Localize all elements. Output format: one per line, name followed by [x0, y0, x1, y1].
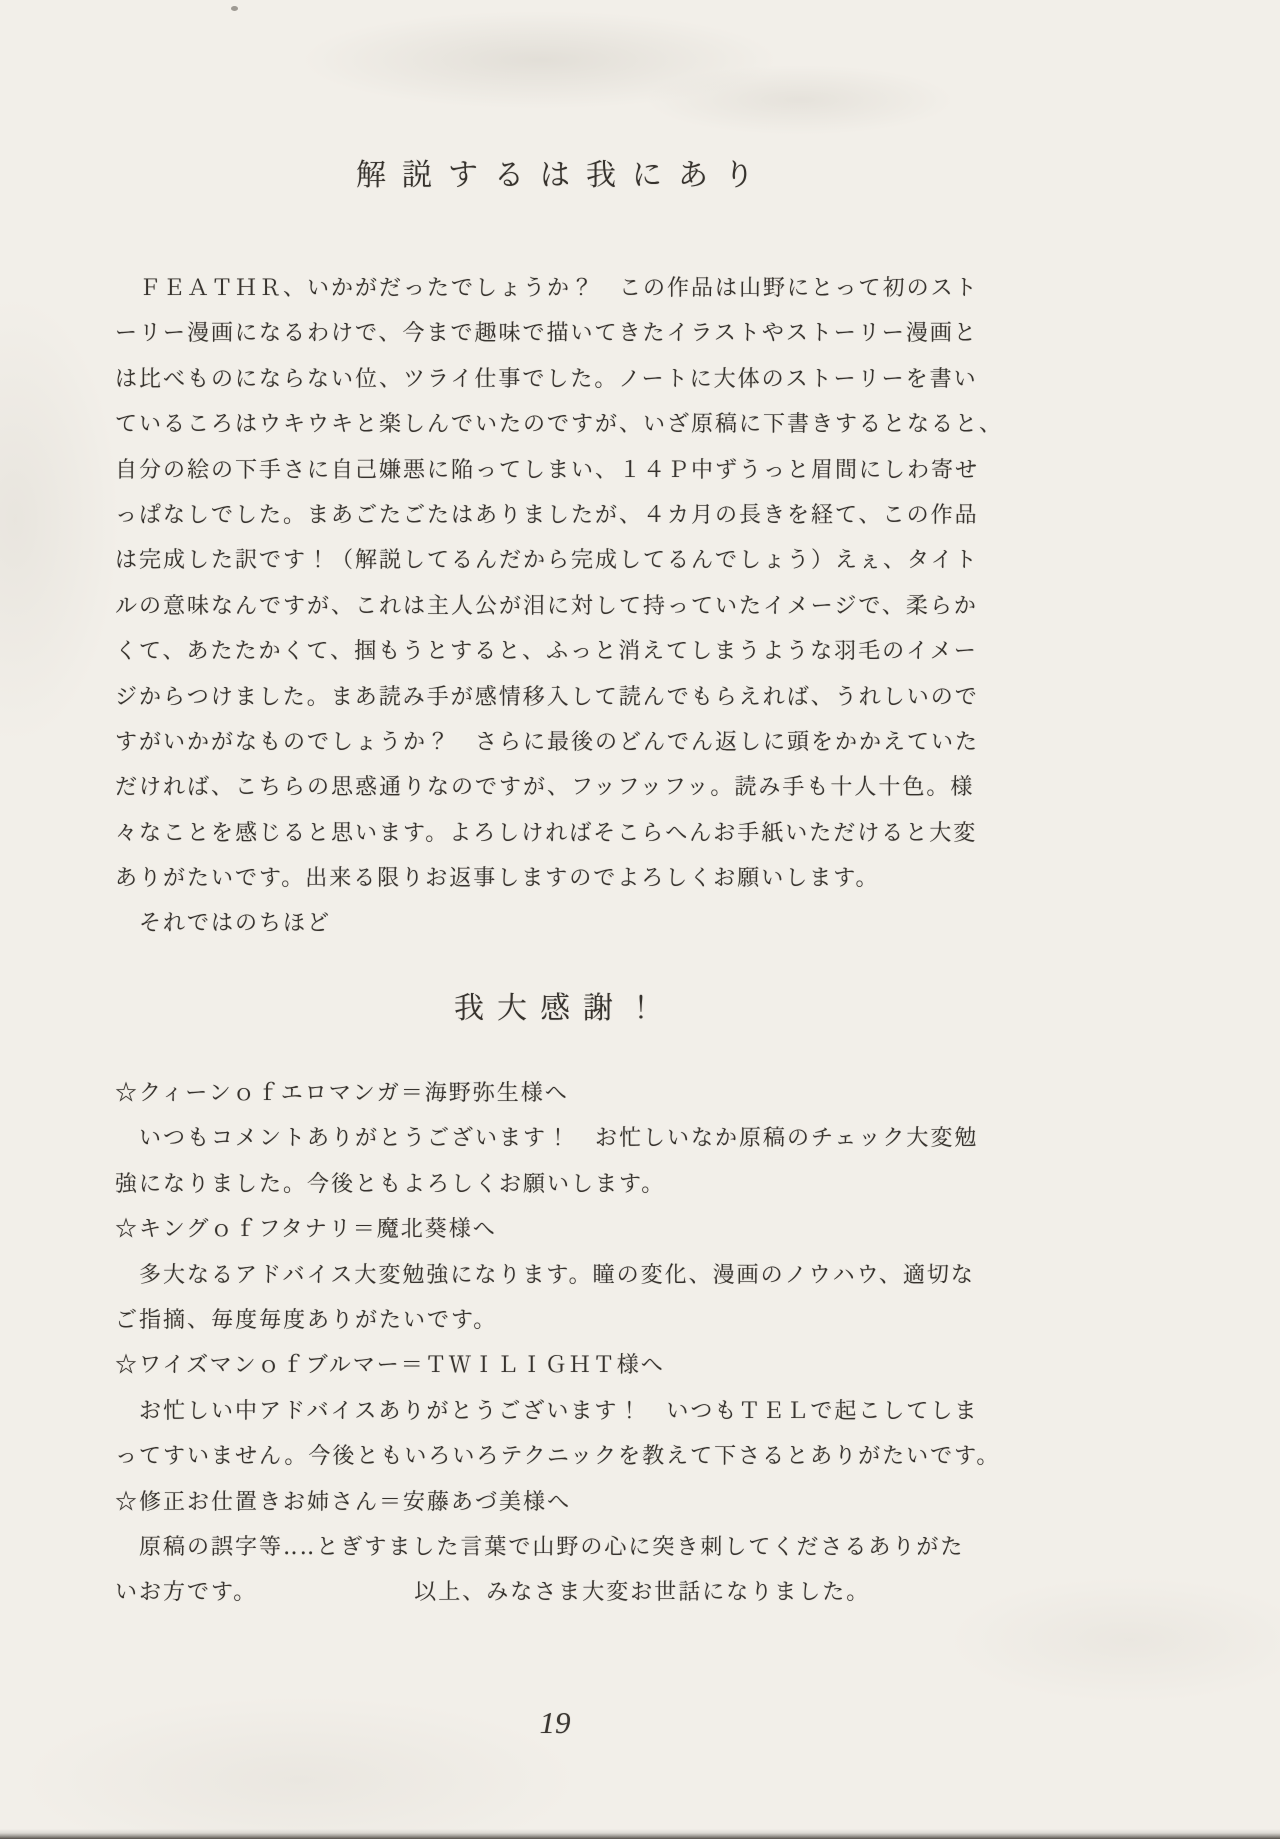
essay-line: すがいかがなものでしょうか？ さらに最後のどんでん返しに頭をかかえていた	[115, 719, 1035, 764]
ack-header: ☆ワイズマンｏｆブルマー＝ＴＷＩＬＩＧＨＴ様へ	[115, 1342, 1035, 1387]
ack-line: いつもコメントありがとうございます！ お忙しいなか原稿のチェック大変勉	[115, 1115, 1035, 1160]
page-number: 19	[115, 1705, 995, 1741]
ack-line: ご指摘、毎度毎度ありがたいです。	[115, 1297, 1035, 1342]
essay-title: 解説するは我にあり	[115, 150, 995, 194]
ack-header: ☆修正お仕置きお姉さん＝安藤あづ美様へ	[115, 1479, 1035, 1524]
essay-body: ＦＥＡＴＨＲ、いかがだったでしょうか？ この作品は山野にとって初のスト ーリー漫…	[115, 265, 1035, 946]
essay-line: ーリー漫画になるわけで、今まで趣味で描いてきたイラストやストーリー漫画と	[115, 310, 1035, 355]
essay-line: ルの意味なんですが、これは主人公が泪に対して持っていたイメージで、柔らか	[115, 583, 1035, 628]
essay-line: ジからつけました。まあ読み手が感情移入して読んでもらえれば、うれしいので	[115, 674, 1035, 719]
scanned-page: 解説するは我にあり ＦＥＡＴＨＲ、いかがだったでしょうか？ この作品は山野にとっ…	[0, 0, 1280, 1839]
essay-line: っぱなしでした。まあごたごたはありましたが、４カ月の長きを経て、この作品	[115, 492, 1035, 537]
essay-line: は完成した訳です！（解説してるんだから完成してるんでしょう）えぇ、タイト	[115, 537, 1035, 582]
essay-line: 自分の絵の下手さに自己嫌悪に陥ってしまい、１４Ｐ中ずうっと眉間にしわ寄せ	[115, 447, 1035, 492]
ack-line: 多大なるアドバイス大変勉強になります。瞳の変化、漫画のノウハウ、適切な	[115, 1252, 1035, 1297]
essay-line: ありがたいです。出来る限りお返事しますのでよろしくお願いします。	[115, 855, 1035, 900]
essay-line: くて、あたたかくて、掴もうとすると、ふっと消えてしまうような羽毛のイメー	[115, 628, 1035, 673]
ack-line: ってすいません。今後ともいろいろテクニックを教えて下さるとありがたいです。	[115, 1433, 1035, 1478]
essay-line: は比べものにならない位、ツライ仕事でした。ノートに大体のストーリーを書い	[115, 356, 1035, 401]
ack-header: ☆キングｏｆフタナリ＝魔北葵様へ	[115, 1206, 1035, 1251]
thanks-body: ☆クィーンｏｆエロマンガ＝海野弥生様へ いつもコメントありがとうございます！ お…	[115, 1070, 1035, 1615]
ack-line: 原稿の誤字等‥‥とぎすました言葉で山野の心に突き刺してくださるありがた	[115, 1524, 1035, 1569]
ack-line: いお方です。 以上、みなさま大変お世話になりました。	[115, 1569, 1035, 1614]
ack-header: ☆クィーンｏｆエロマンガ＝海野弥生様へ	[115, 1070, 1035, 1115]
ack-line: お忙しい中アドバイスありがとうございます！ いつもＴＥＬで起こしてしま	[115, 1388, 1035, 1433]
ack-line: 強になりました。今後ともよろしくお願いします。	[115, 1161, 1035, 1206]
essay-line: 々なことを感じると思います。よろしければそこらへんお手紙いただけると大変	[115, 810, 1035, 855]
essay-signoff-line: それではのちほど	[115, 900, 1035, 945]
essay-line: ているころはウキウキと楽しんでいたのですが、いざ原稿に下書きするとなると、	[115, 401, 1035, 446]
scan-speck	[231, 6, 238, 11]
essay-line: ＦＥＡＴＨＲ、いかがだったでしょうか？ この作品は山野にとって初のスト	[115, 265, 1035, 310]
thanks-title: 我大感謝！	[115, 983, 995, 1027]
essay-line: だければ、こちらの思惑通りなのですが、フッフッフッ。読み手も十人十色。様	[115, 764, 1035, 809]
